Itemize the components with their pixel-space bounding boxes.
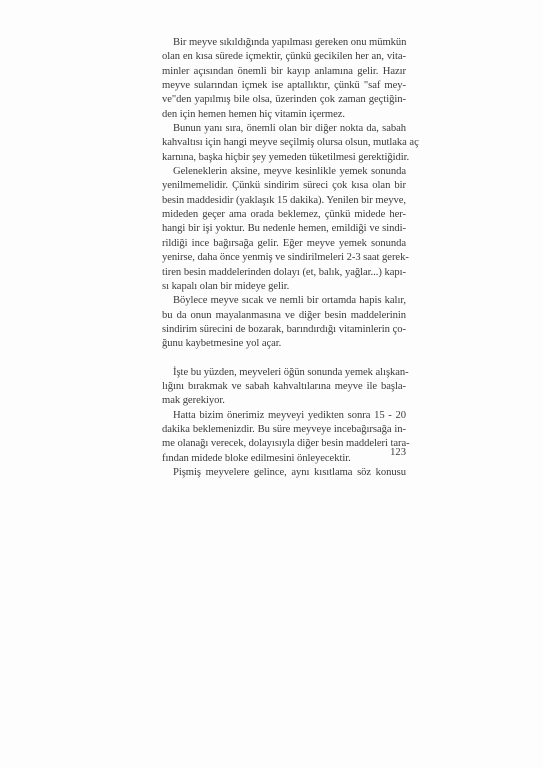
text-line: Geleneklerin aksine, meyve kesinlikle ye…	[162, 165, 406, 179]
text-line: Böylece meyve sıcak ve nemli bir ortamda…	[162, 294, 406, 308]
paragraph: Bunun yanı sıra, önemli olan bir diğer n…	[162, 122, 406, 165]
text-line: Hatta bizim önerimiz meyveyi yedikten so…	[162, 409, 406, 423]
text-line: minler açısından önemli bir kayıp anlamı…	[162, 65, 406, 79]
text-line: lığını bırakmak ve sabah kahvaltılarına …	[162, 380, 406, 394]
text-line: kahvaltısı için hangi meyve seçilmiş olu…	[162, 136, 406, 150]
text-line: ğunu kaybetmesine yol açar.	[162, 337, 406, 351]
paragraph: Bir meyve sıkıldığında yapılması gereken…	[162, 36, 406, 122]
text-line: meyve sularından içmek ise aptallıktır, …	[162, 79, 406, 93]
text-line: İşte bu yüzden, meyveleri öğün sonunda y…	[162, 366, 406, 380]
text-line: tiren besin maddelerinden dolayı (et, ba…	[162, 266, 406, 280]
paragraph: Hatta bizim önerimiz meyveyi yedikten so…	[162, 409, 406, 466]
paragraph: İşte bu yüzden, meyveleri öğün sonunda y…	[162, 366, 406, 409]
text-line: Pişmiş meyvelere gelince, aynı kısıtlama…	[162, 466, 406, 480]
text-line: hangi bir işi yoktur. Bu nedenle hemen, …	[162, 222, 406, 236]
text-line: mideden geçer ama orada beklemez, çünkü …	[162, 208, 406, 222]
page-number: 123	[372, 446, 406, 460]
paragraph: Pişmiş meyvelere gelince, aynı kısıtlama…	[162, 466, 406, 480]
text-line: besin maddesidir (yaklaşık 15 dakika). Y…	[162, 194, 406, 208]
text-line: fından midede bloke edilmesini önleyecek…	[162, 452, 406, 466]
text-line: yenirse, daha önce yenmiş ve sindirilmel…	[162, 251, 406, 265]
text-line: Bir meyve sıkıldığında yapılması gereken…	[162, 36, 406, 50]
book-page: Bir meyve sıkıldığında yapılması gereken…	[0, 0, 543, 768]
text-line: yenilmemelidir. Çünkü sindirim süreci ço…	[162, 179, 406, 193]
text-line: sı kapalı olan bir mideye gelir.	[162, 280, 406, 294]
body-text: Bir meyve sıkıldığında yapılması gereken…	[162, 36, 406, 480]
text-line: dakika beklemenizdir. Bu süre meyveye in…	[162, 423, 406, 437]
text-line: den için hemen hemen hiç vitamin içermez…	[162, 108, 406, 122]
text-line: sindirim sürecini de bozarak, barındırdı…	[162, 323, 406, 337]
text-line: karnına, başka hiçbir şey yemeden tüketi…	[162, 151, 406, 165]
text-line: mak gerekiyor.	[162, 394, 406, 408]
paragraph: Böylece meyve sıcak ve nemli bir ortamda…	[162, 294, 406, 351]
paragraph: Geleneklerin aksine, meyve kesinlikle ye…	[162, 165, 406, 294]
text-line: Bunun yanı sıra, önemli olan bir diğer n…	[162, 122, 406, 136]
text-line: me olanağı verecek, dolayısıyla diğer be…	[162, 437, 406, 451]
text-line: bu da onun mayalanmasına ve diğer besin …	[162, 309, 406, 323]
text-line: rildiği ince bağırsağa gelir. Eğer meyve…	[162, 237, 406, 251]
text-line: olan en kısa sürede içmektir, çünkü geci…	[162, 50, 406, 64]
text-line: ve"den yapılmış bile olsa, üzerinden çok…	[162, 93, 406, 107]
